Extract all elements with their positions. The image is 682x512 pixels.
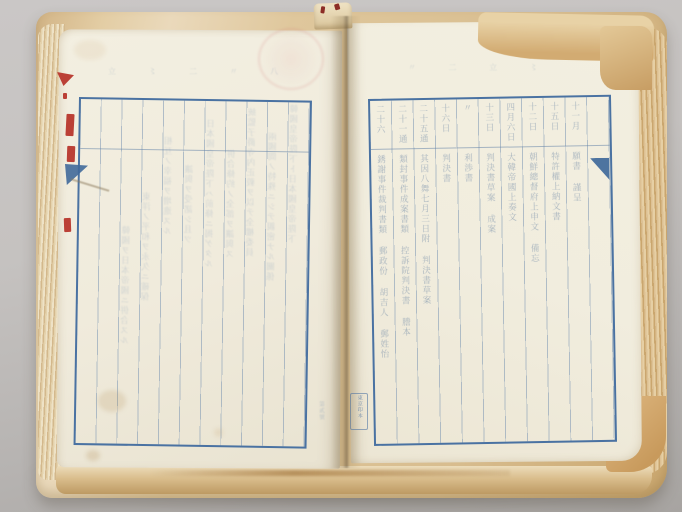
printer-colophon-stamp: 東京印本 xyxy=(350,393,368,430)
paper-stain xyxy=(214,428,223,437)
bottom-edge-stain xyxy=(150,470,510,476)
torn-edge-right xyxy=(600,26,652,90)
red-edge-dash xyxy=(64,218,71,232)
gutter-margin-mark: 第貳號 xyxy=(317,401,328,437)
right-page-ruled-frame: 二十六銹謝事件裁判書類 郵政份 胡吉人 郵姓怡 二十一通類封事件成案書類 控訴院… xyxy=(368,95,617,446)
red-edge-dot xyxy=(63,93,67,99)
paper-stain xyxy=(86,450,100,461)
photo-stage: 立 〻 二 〃 八 〃 二 立 〻 韓國皇帝陛下ト日本國皇帝陛下 兩國間ノ特殊ニ… xyxy=(0,0,682,512)
red-thread-speck xyxy=(334,3,340,10)
red-edge-dash xyxy=(65,114,74,136)
right-page-bleed-marks: 〃 二 立 〻 xyxy=(408,62,598,73)
red-edge-dash xyxy=(67,146,76,162)
faint-red-seal xyxy=(258,28,324,90)
red-thread-speck xyxy=(320,6,325,13)
paper-stain xyxy=(74,40,106,60)
bleed-text-column: 韓國皇帝陛下ト日本國皇帝陛下 xyxy=(282,102,307,446)
right-corner-triangle xyxy=(590,158,609,180)
paper-stain xyxy=(98,390,126,412)
